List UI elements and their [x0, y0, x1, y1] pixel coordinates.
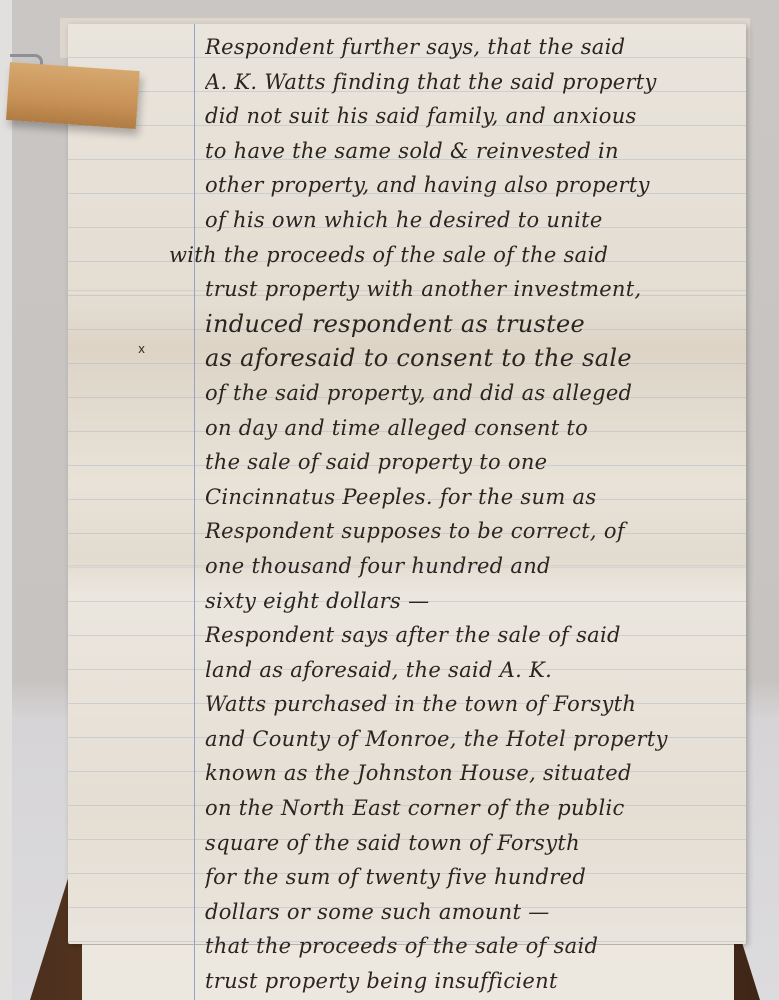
text-line: square of the said town of Forsyth	[205, 826, 765, 861]
text-line: on the North East corner of the public	[205, 791, 765, 826]
text-line: Cincinnatus Peeples. for the sum as	[205, 480, 765, 515]
text-line: Respondent supposes to be correct, of	[205, 514, 765, 549]
text-line: induced respondent as trustee	[205, 307, 765, 342]
handwritten-text-block: Respondent further says, that the said A…	[205, 30, 765, 999]
text-line: that the proceeds of the sale of said	[205, 929, 765, 964]
wooden-clothespin-clip	[6, 62, 140, 129]
text-line: as aforesaid to consent to the sale	[205, 341, 765, 376]
text-line: sixty eight dollars —	[205, 584, 765, 619]
text-line: land as aforesaid, the said A. K.	[205, 653, 765, 688]
text-line: trust property being insufficient	[205, 964, 765, 999]
text-line: one thousand four hundred and	[205, 549, 765, 584]
text-line: Respondent further says, that the said	[205, 30, 765, 65]
margin-rule	[194, 24, 195, 1000]
text-line: trust property with another investment,	[205, 272, 765, 307]
text-line: known as the Johnston House, situated	[205, 756, 765, 791]
text-line: other property, and having also property	[205, 168, 765, 203]
text-line: on day and time alleged consent to	[205, 411, 765, 446]
text-line: A. K. Watts finding that the said proper…	[205, 65, 765, 100]
text-line: Respondent says after the sale of said	[205, 618, 765, 653]
text-line: of the said property, and did as alleged	[205, 376, 765, 411]
text-line: to have the same sold & reinvested in	[205, 134, 765, 169]
background-left-edge	[0, 0, 12, 1000]
text-line: dollars or some such amount —	[205, 895, 765, 930]
text-line: did not suit his said family, and anxiou…	[205, 99, 765, 134]
text-line: and County of Monroe, the Hotel property	[205, 722, 765, 757]
text-line: with the proceeds of the sale of the sai…	[169, 238, 765, 273]
text-line: the sale of said property to one	[205, 445, 765, 480]
margin-mark: x	[138, 342, 145, 356]
text-line: of his own which he desired to unite	[205, 203, 765, 238]
text-line: for the sum of twenty five hundred	[205, 860, 765, 895]
text-line: Watts purchased in the town of Forsyth	[205, 687, 765, 722]
